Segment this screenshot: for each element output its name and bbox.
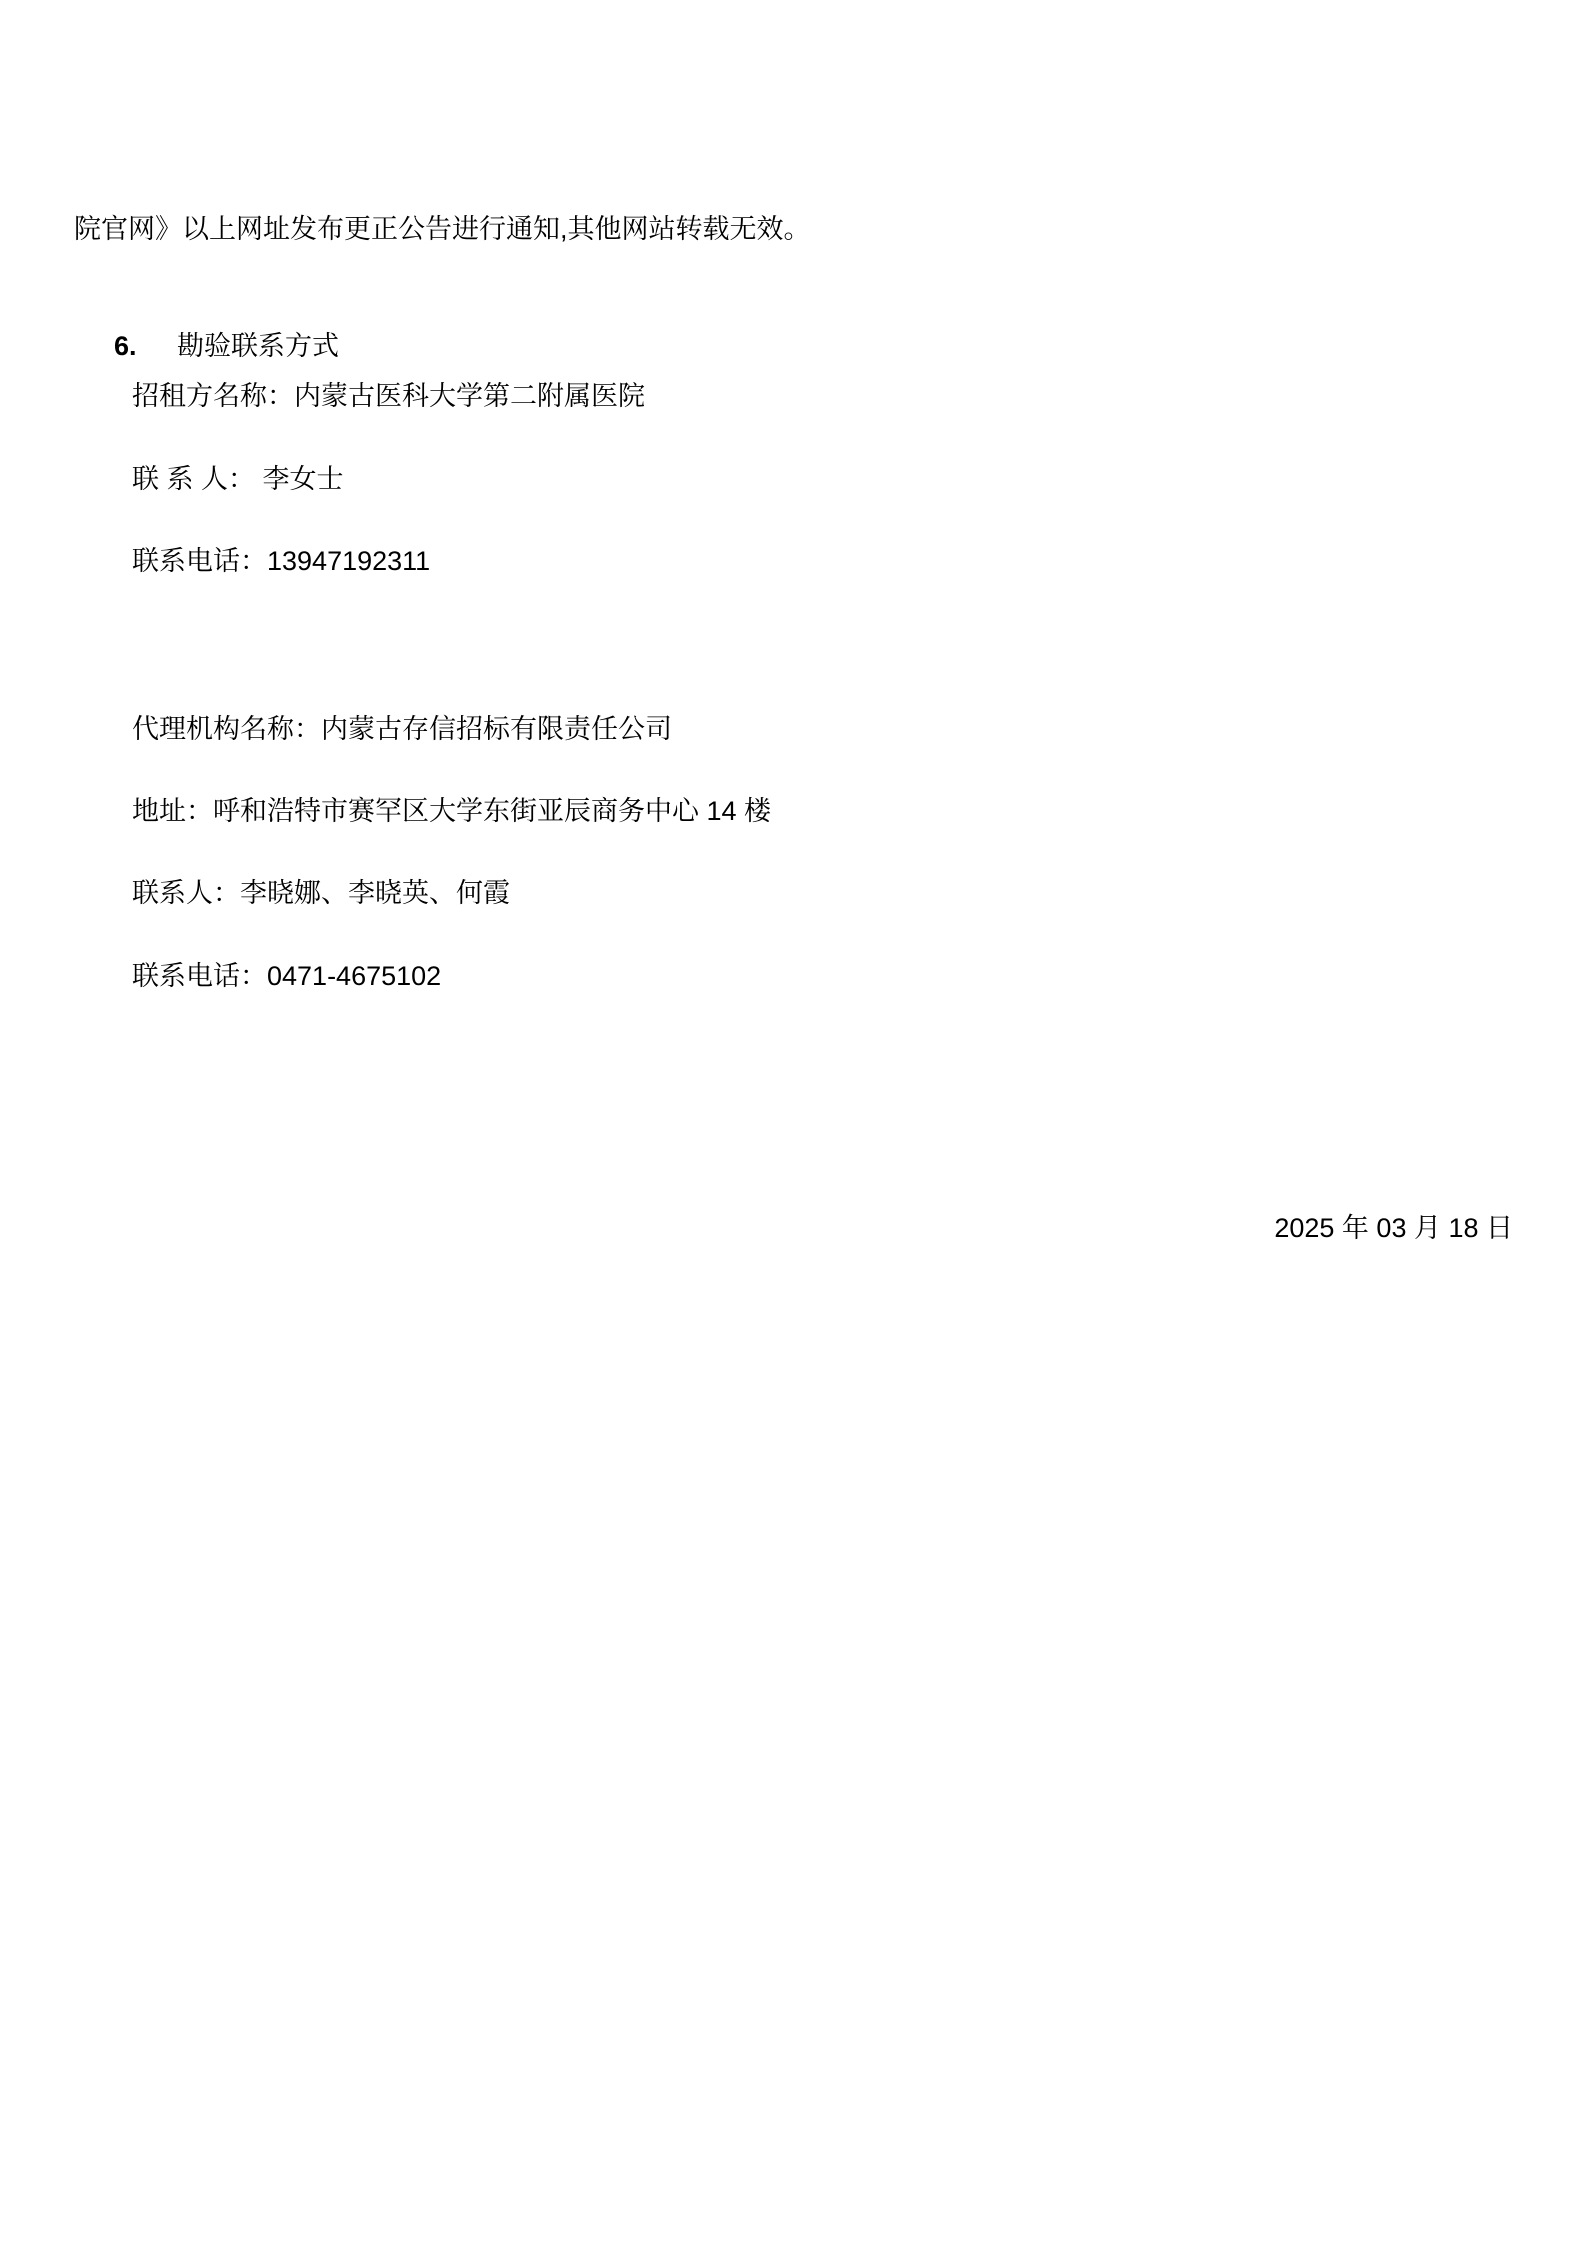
lessor-name-line: 招租方名称：内蒙古医科大学第二附属医院 — [132, 380, 645, 413]
paragraph-continuation-line: 院官网》以上网址发布更正公告进行通知,其他网站转载无效。 — [74, 213, 811, 246]
section-number: 6. — [114, 330, 177, 363]
lessor-phone-line: 联系电话：13947192311 — [132, 545, 430, 578]
section-title: 勘验联系方式 — [177, 331, 339, 361]
agency-address-line: 地址：呼和浩特市赛罕区大学东街亚辰商务中心 14 楼 — [132, 795, 771, 828]
lessor-contact-line: 联 系 人： 李女士 — [132, 463, 344, 496]
document-date: 2025 年 03 月 18 日 — [1274, 1212, 1513, 1245]
agency-phone-line: 联系电话：0471-4675102 — [132, 960, 441, 993]
document-page: 院官网》以上网址发布更正公告进行通知,其他网站转载无效。 6.勘验联系方式 招租… — [0, 0, 1587, 2245]
agency-name-line: 代理机构名称：内蒙古存信招标有限责任公司 — [132, 713, 672, 746]
agency-contact-line: 联系人：李晓娜、李晓英、何霞 — [132, 877, 510, 910]
